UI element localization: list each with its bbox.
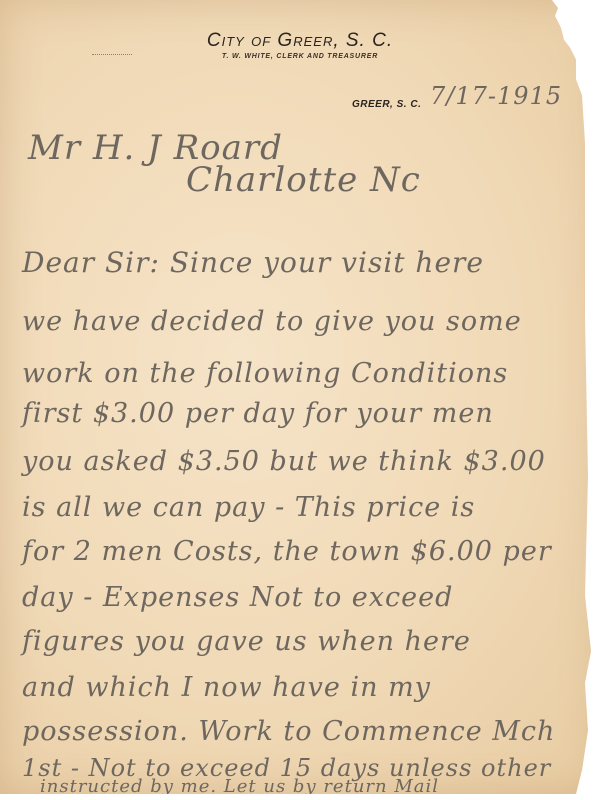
body-line: for 2 men Costs, the town $6.00 per [22,536,552,567]
letterhead-subtitle: T. W. WHITE, CLERK AND TREASURER [0,53,600,60]
body-line: you asked $3.50 but we think $3.00 [22,446,546,477]
letterhead-title: City of Greer, S. C. [0,30,600,52]
body-line: Dear Sir: Since your visit here [22,246,484,279]
paper-speck [92,54,132,58]
body-line: is all we can pay - This price is [22,492,475,523]
body-line: and which I now have in my [22,672,431,703]
body-line: instructed by me. Let us by return Mail [40,776,439,797]
body-line: first $3.00 per day for your men [22,398,494,429]
body-line: work on the following Conditions [22,358,508,389]
body-line: figures you gave us when here [22,626,471,657]
dateline-label: GREER, S. C. [352,99,421,110]
body-line: day - Expenses Not to exceed [22,582,453,613]
body-line: we have decided to give you some [22,306,522,337]
addressee-city: Charlotte Nc [186,160,421,200]
letter-page: City of Greer, S. C. T. W. WHITE, CLERK … [0,0,600,794]
handwritten-date: 7/17-1915 [430,82,562,110]
body-line: possession. Work to Commence Mch [22,716,555,747]
